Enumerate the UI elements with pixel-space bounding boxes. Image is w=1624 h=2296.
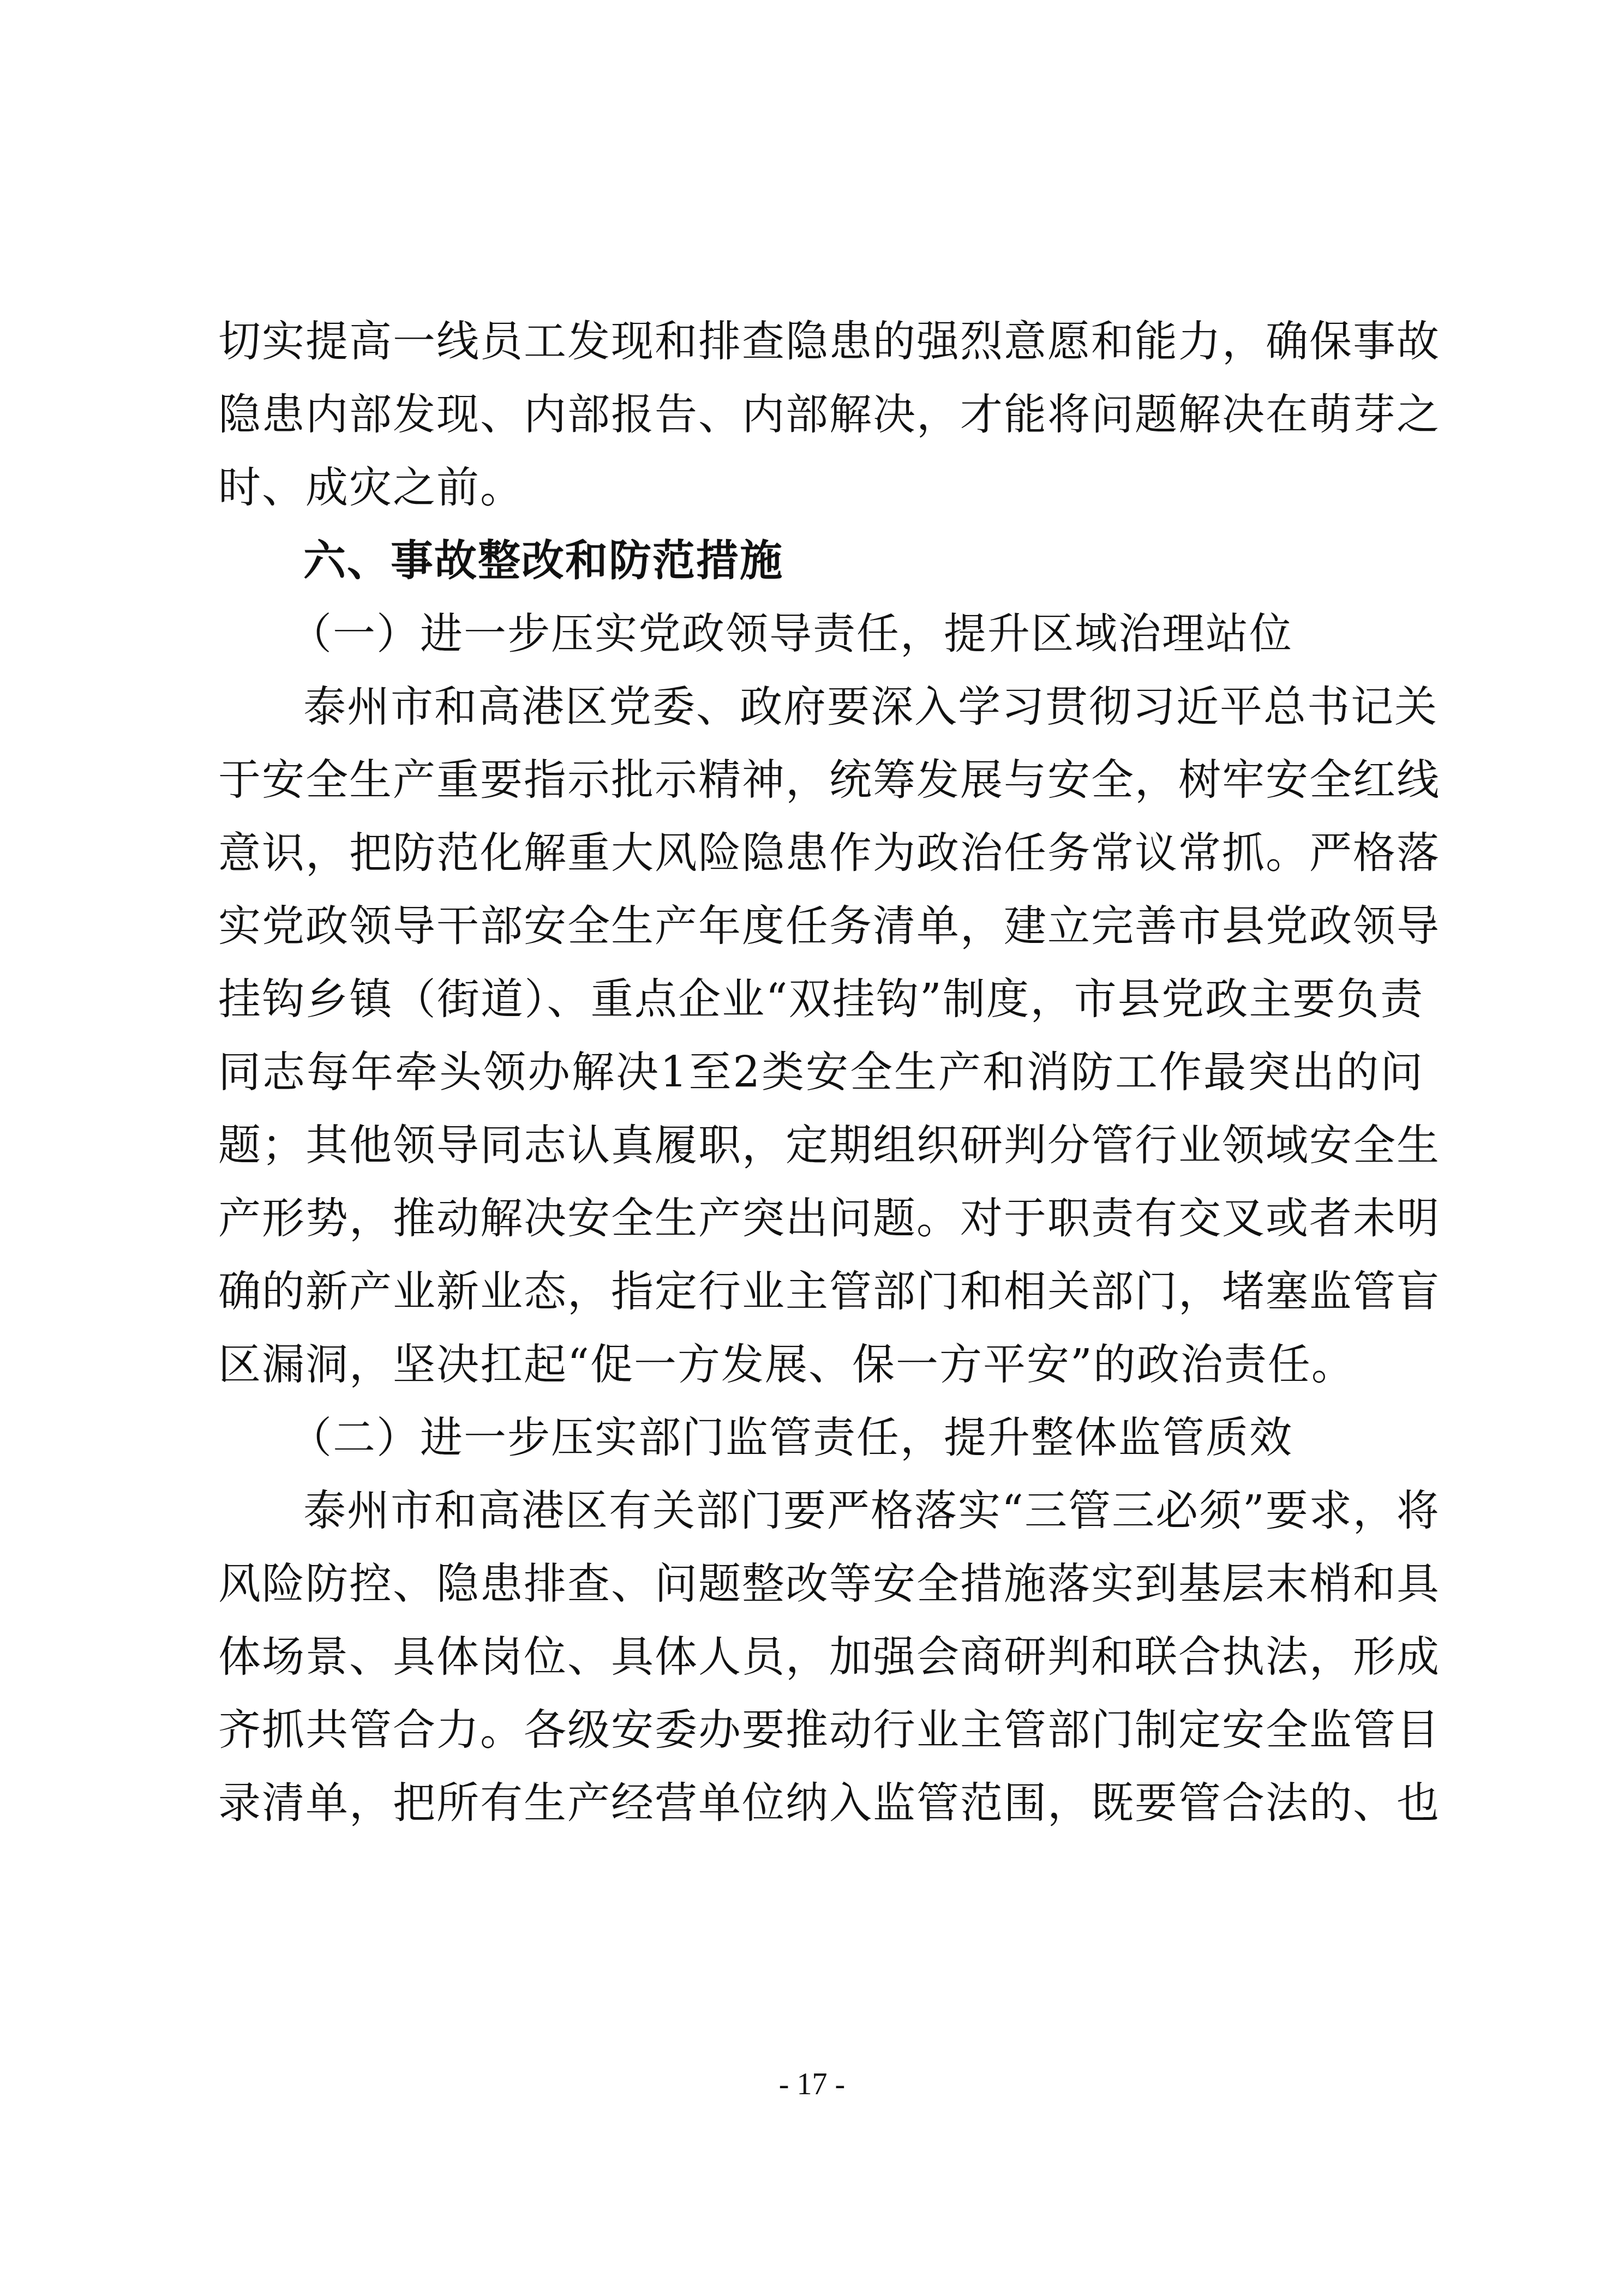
text-line: 齐抓共管合力。各级安委办要推动行业主管部门制定安全监管目 bbox=[218, 1694, 1424, 1767]
text-line: 时、成灾之前。 bbox=[218, 452, 1424, 525]
subsection-heading: （一）进一步压实党政领导责任，提升区域治理站位 bbox=[218, 598, 1424, 671]
page-number: - 17 - bbox=[0, 2067, 1624, 2102]
text-line: 意识，把防范化解重大风险隐患作为政治任务常议常抓。严格落 bbox=[218, 817, 1424, 890]
paragraph: 泰州市和高港区党委、政府要深入学习贯彻习近平总书记关 于安全生产重要指示批示精神… bbox=[218, 671, 1424, 1402]
subsection-heading: （二）进一步压实部门监管责任，提升整体监管质效 bbox=[218, 1402, 1424, 1475]
text-line: 实党政领导干部安全生产年度任务清单，建立完善市县党政领导 bbox=[218, 890, 1424, 963]
text-line: 体场景、具体岗位、具体人员，加强会商研判和联合执法，形成 bbox=[218, 1621, 1424, 1694]
text-line: 同志每年牵头领办解决1至2类安全生产和消防工作最突出的问 bbox=[218, 1036, 1424, 1109]
text-line: 于安全生产重要指示批示精神，统筹发展与安全，树牢安全红线 bbox=[218, 744, 1424, 817]
text-line: 泰州市和高港区党委、政府要深入学习贯彻习近平总书记关 bbox=[218, 671, 1424, 744]
text-line: 题；其他领导同志认真履职，定期组织研判分管行业领域安全生 bbox=[218, 1109, 1424, 1182]
text-line: 隐患内部发现、内部报告、内部解决，才能将问题解决在萌芽之 bbox=[218, 378, 1424, 452]
text-line: 录清单，把所有生产经营单位纳入监管范围，既要管合法的、也 bbox=[218, 1767, 1424, 1840]
text-line: 挂钩乡镇（街道）、重点企业“双挂钩”制度，市县党政主要负责 bbox=[218, 963, 1424, 1036]
text-line: 泰州市和高港区有关部门要严格落实“三管三必须”要求，将 bbox=[218, 1475, 1424, 1548]
text-line: 区漏洞，坚决扛起“促一方发展、保一方平安”的政治责任。 bbox=[218, 1329, 1424, 1402]
text-line: 产形势，推动解决安全生产突出问题。对于职责有交叉或者未明 bbox=[218, 1182, 1424, 1255]
document-page-body: 切实提高一线员工发现和排查隐患的强烈意愿和能力，确保事故 隐患内部发现、内部报告… bbox=[218, 305, 1424, 1840]
text-line: 风险防控、隐患排查、问题整改等安全措施落实到基层末梢和具 bbox=[218, 1548, 1424, 1621]
section-heading: 六、事故整改和防范措施 bbox=[218, 525, 1424, 598]
text-line: 确的新产业新业态，指定行业主管部门和相关部门，堵塞监管盲 bbox=[218, 1255, 1424, 1329]
paragraph-continuation: 切实提高一线员工发现和排查隐患的强烈意愿和能力，确保事故 隐患内部发现、内部报告… bbox=[218, 305, 1424, 525]
paragraph: 泰州市和高港区有关部门要严格落实“三管三必须”要求，将 风险防控、隐患排查、问题… bbox=[218, 1475, 1424, 1840]
text-line: 切实提高一线员工发现和排查隐患的强烈意愿和能力，确保事故 bbox=[218, 305, 1424, 378]
